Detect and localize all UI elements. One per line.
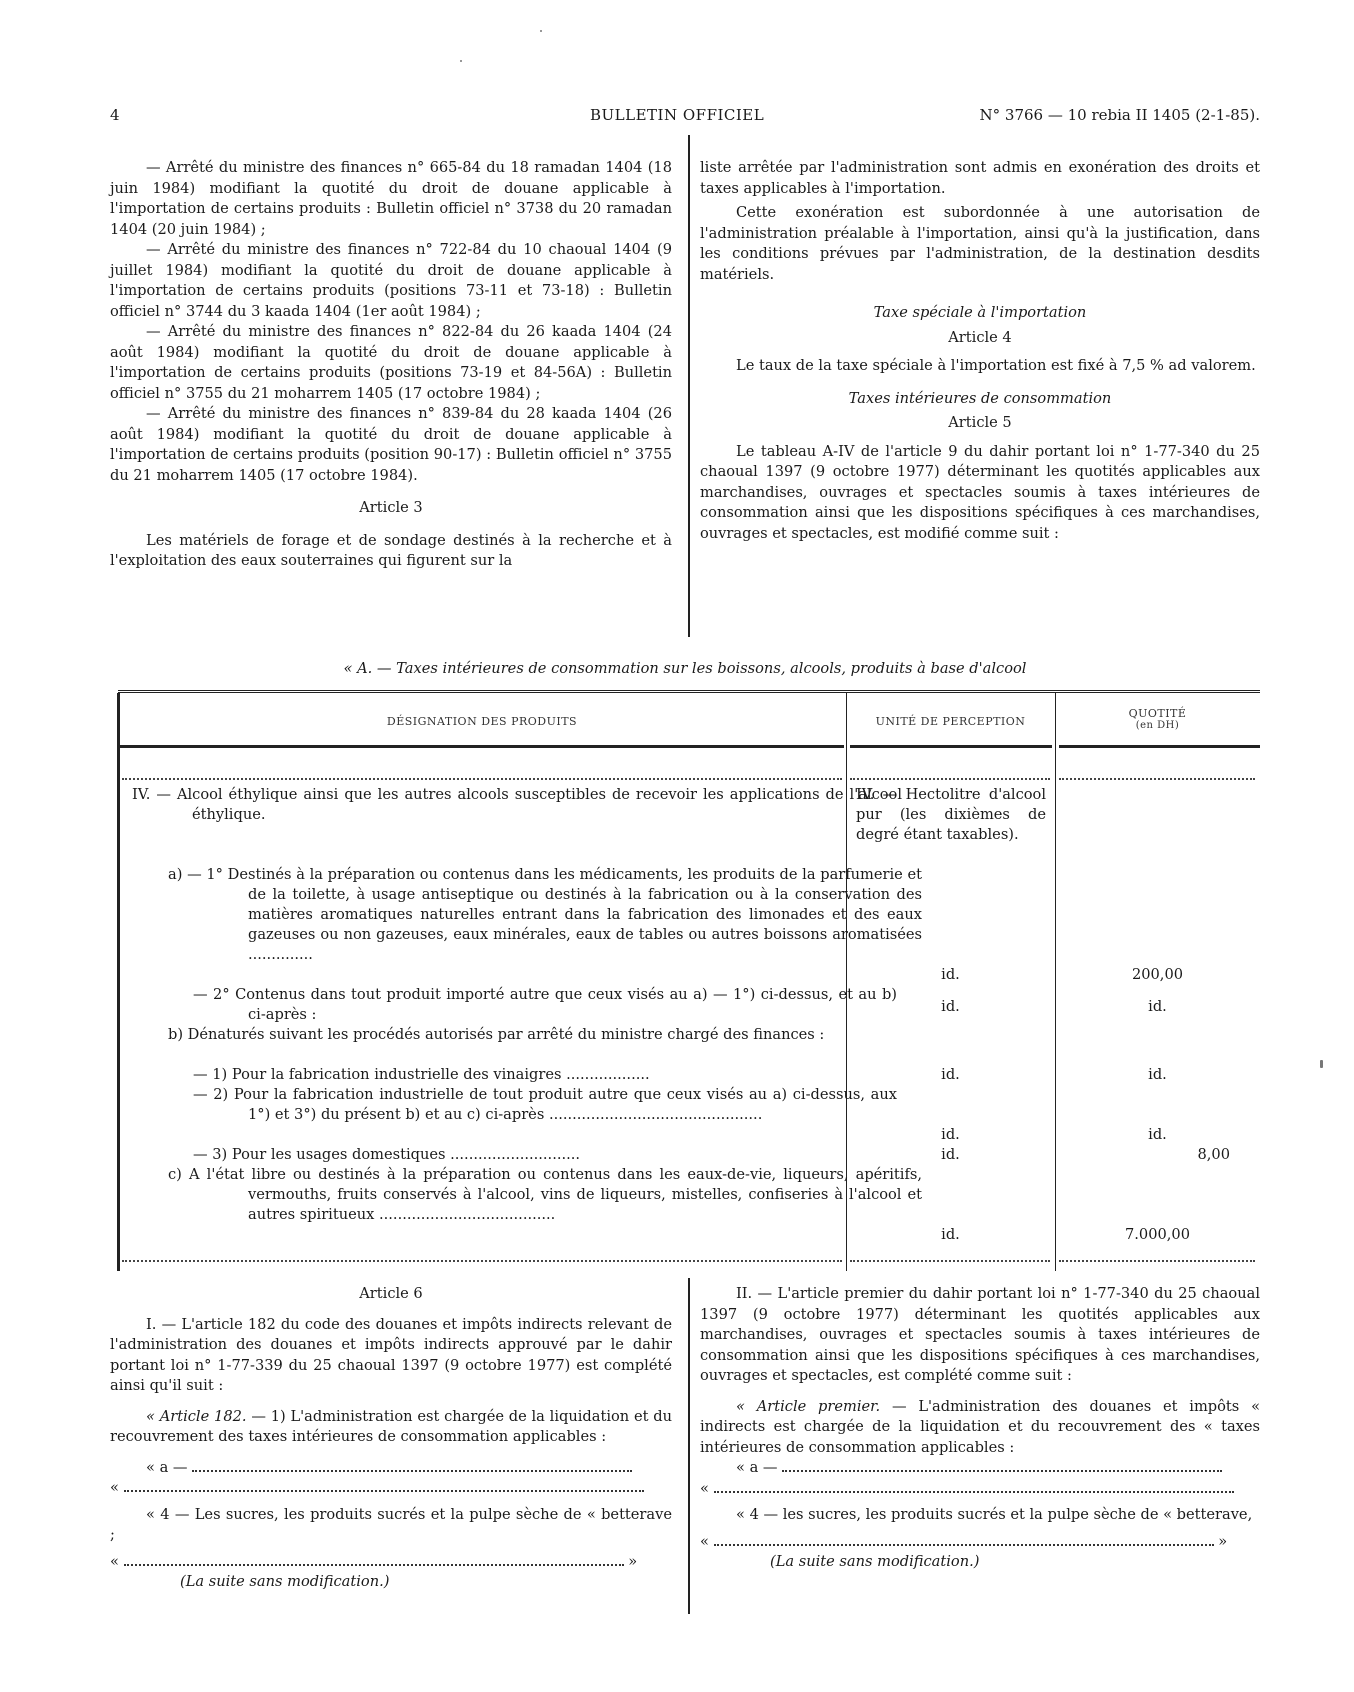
dotted-fill (124, 1480, 644, 1492)
dotted-fill (124, 1554, 624, 1566)
article-3-heading: Article 3 (110, 498, 672, 519)
dotted-separator (122, 777, 842, 780)
table-caption: « A. — Taxes intérieures de consommation… (110, 660, 1260, 677)
table-row-unite: id. (846, 1065, 1055, 1085)
table-row-designation: — 2° Contenus dans tout produit importé … (193, 985, 897, 1025)
page-header: 4 BULLETIN OFFICIEL N° 3766 — 10 rebia I… (110, 106, 1260, 128)
scan-speck (540, 30, 542, 32)
header-rule (850, 745, 1052, 748)
decree-paragraph: — Arrêté du ministre des finances n° 839… (110, 404, 672, 486)
tax-table: DÉSIGNATION DES PRODUITS UNITÉ DE PERCEP… (118, 690, 1260, 1271)
article-6-heading: Article 6 (110, 1284, 672, 1305)
article-4-text: Le taux de la taxe spéciale à l'importat… (700, 356, 1260, 377)
document-page: 4 BULLETIN OFFICIEL N° 3766 — 10 rebia I… (0, 0, 1354, 1692)
quote-mark: « (700, 1480, 709, 1497)
article-premier-label: « Article premier. (736, 1398, 880, 1415)
item-4-sucres: « 4 — Les sucres, les produits sucrés et… (110, 1505, 672, 1546)
article-premier-paragraph: « Article premier. — L'administration de… (700, 1397, 1260, 1459)
table-row-designation: a) — 1° Destinés à la préparation ou con… (168, 865, 922, 965)
table-row-designation: — 2) Pour la fabrication industrielle de… (193, 1085, 897, 1125)
table-row-designation: b) Dénaturés suivant les procédés autori… (168, 1025, 922, 1045)
article-6-paragraph-i: I. — L'article 182 du code des douanes e… (110, 1315, 672, 1397)
line-a-label: « a — (736, 1459, 778, 1476)
article-4-heading: Article 4 (700, 328, 1260, 349)
row-iv-unite: IV. — Hectolitre d'alcool pur (les dixiè… (856, 785, 1046, 845)
table-row-unite: id. (846, 1125, 1055, 1145)
table-left-border (117, 693, 120, 1271)
article-3-continuation: liste arrêtée par l'administration sont … (700, 158, 1260, 199)
page-number: 4 (110, 106, 120, 124)
dotted-separator (122, 1259, 842, 1262)
right-column-top: liste arrêtée par l'administration sont … (700, 158, 1260, 544)
decree-paragraph: — Arrêté du ministre des finances n° 722… (110, 240, 672, 322)
table-row-unite: id. (846, 997, 1055, 1017)
publication-title: BULLETIN OFFICIEL (590, 106, 764, 124)
item-4-sucres: « 4 — les sucres, les produits sucrés et… (700, 1505, 1260, 1526)
line-a-label: « a — (146, 1459, 188, 1476)
table-row-designation: c) A l'état libre ou destinés à la prépa… (168, 1165, 922, 1225)
table-row-quotite: 8,00 (1055, 1145, 1230, 1165)
article-182-label: « Article 182. (146, 1408, 247, 1425)
left-column-top: — Arrêté du ministre des finances n° 665… (110, 158, 672, 572)
ellipsis-line-a: « a — (700, 1458, 1260, 1479)
section-heading-taxes-interieures: Taxes intérieures de consommation (700, 389, 1260, 410)
column-divider (688, 1278, 690, 1614)
issue-info: N° 3766 — 10 rebia II 1405 (2-1-85). (980, 106, 1260, 124)
article-6-paragraph-ii: II. — L'article premier du dahir portant… (700, 1284, 1260, 1387)
ellipsis-line-close: « » (700, 1532, 1260, 1553)
table-row-designation: — 3) Pour les usages domestiques .......… (193, 1145, 897, 1165)
header-quotite: QUOTITÉ (en DH) (1055, 707, 1260, 731)
section-heading-taxe-speciale: Taxe spéciale à l'importation (700, 303, 1260, 324)
dotted-fill (714, 1534, 1214, 1546)
dotted-separator (850, 1259, 1050, 1262)
row-iv-designation: IV. — Alcool éthylique ainsi que les aut… (132, 785, 902, 825)
dotted-fill (192, 1460, 632, 1472)
continuation-note: (La suite sans modification.) (110, 1572, 672, 1593)
article-5-text: Le tableau A-IV de l'article 9 du dahir … (700, 442, 1260, 545)
article-3-text: Les matériels de forage et de sondage de… (110, 531, 672, 572)
ellipsis-line: « (110, 1478, 672, 1499)
quote-mark: « (110, 1553, 119, 1570)
table-row-quotite: id. (1055, 1125, 1260, 1145)
dotted-separator (1059, 1259, 1255, 1262)
decree-paragraph: — Arrêté du ministre des finances n° 822… (110, 322, 672, 404)
ellipsis-line: « (700, 1479, 1260, 1500)
header-designation: DÉSIGNATION DES PRODUITS (118, 715, 846, 728)
dotted-separator (1059, 777, 1255, 780)
ellipsis-line-a: « a — (110, 1458, 672, 1479)
table-row-quotite: id. (1055, 997, 1260, 1017)
article-182-paragraph: « Article 182. — 1) L'administration est… (110, 1407, 672, 1448)
header-rule (118, 745, 844, 748)
table-row-quotite: 7.000,00 (1055, 1225, 1260, 1245)
quote-mark: « (110, 1479, 119, 1496)
scan-speck (460, 60, 462, 62)
header-unite: UNITÉ DE PERCEPTION (846, 715, 1055, 728)
exoneration-paragraph: Cette exonération est subordonnée à une … (700, 203, 1260, 285)
quote-mark: « (700, 1533, 709, 1550)
table-row-designation: — 1) Pour la fabrication industrielle de… (193, 1065, 897, 1085)
header-quotite-label: QUOTITÉ (1055, 707, 1260, 720)
table-row-quotite: 200,00 (1055, 965, 1260, 985)
header-rule (1059, 745, 1260, 748)
continuation-note: (La suite sans modification.) (700, 1552, 1260, 1573)
closing-quote: » (628, 1553, 637, 1570)
closing-quote: » (1218, 1533, 1227, 1550)
table-row-quotite: id. (1055, 1065, 1260, 1085)
scan-speck (1320, 1060, 1323, 1068)
table-row-unite: id. (846, 1225, 1055, 1245)
header-quotite-unit: (en DH) (1055, 720, 1260, 731)
dotted-separator (850, 777, 1050, 780)
right-column-bottom: II. — L'article premier du dahir portant… (700, 1284, 1260, 1573)
dotted-fill (714, 1481, 1234, 1493)
article-5-heading: Article 5 (700, 413, 1260, 434)
dotted-fill (782, 1460, 1222, 1472)
decree-paragraph: — Arrêté du ministre des finances n° 665… (110, 158, 672, 240)
column-divider (688, 135, 690, 637)
table-row-unite: id. (846, 1145, 1055, 1165)
left-column-bottom: Article 6 I. — L'article 182 du code des… (110, 1284, 672, 1593)
ellipsis-line-close: « » (110, 1552, 672, 1573)
table-row-unite: id. (846, 965, 1055, 985)
